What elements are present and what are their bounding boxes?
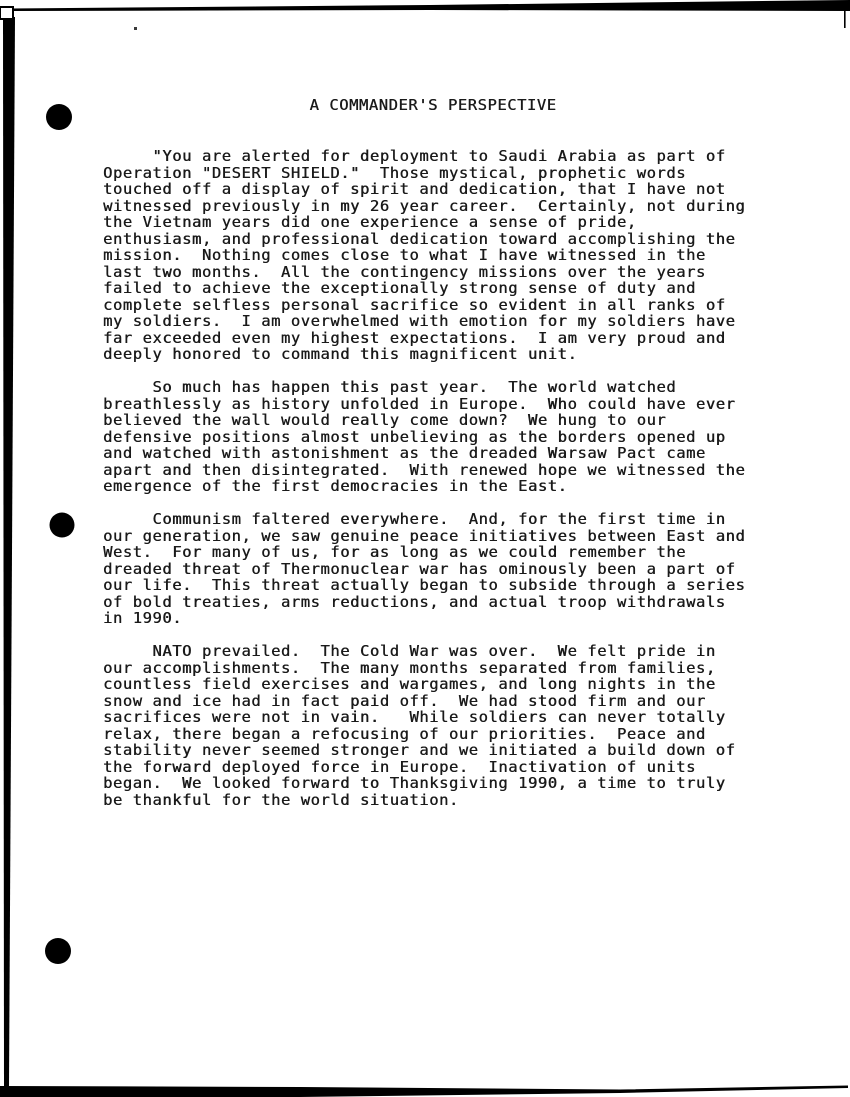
- scan-edge-left: [3, 17, 15, 1087]
- paragraph-1: "You are alerted for deployment to Saudi…: [103, 148, 803, 363]
- punch-hole-middle: [50, 513, 75, 538]
- ink-speck: [134, 27, 137, 30]
- paragraph-2: So much has happen this past year. The w…: [103, 379, 803, 495]
- punch-hole-bottom: [45, 938, 71, 964]
- paragraph-3: Communism faltered everywhere. And, for …: [103, 511, 803, 627]
- scan-edge-top: [10, 0, 850, 11]
- punch-hole-top: [46, 104, 72, 130]
- scan-edge-right-tick: [844, 11, 846, 28]
- document-title: A COMMANDER'S PERSPECTIVE: [103, 97, 763, 114]
- scan-edge-bottom: [0, 1086, 848, 1097]
- paragraph-4: NATO prevailed. The Cold War was over. W…: [103, 643, 803, 808]
- scanned-document-page: A COMMANDER'S PERSPECTIVE "You are alert…: [0, 0, 850, 1097]
- document-body: "You are alerted for deployment to Saudi…: [103, 148, 803, 825]
- scan-corner-notch: [0, 7, 13, 19]
